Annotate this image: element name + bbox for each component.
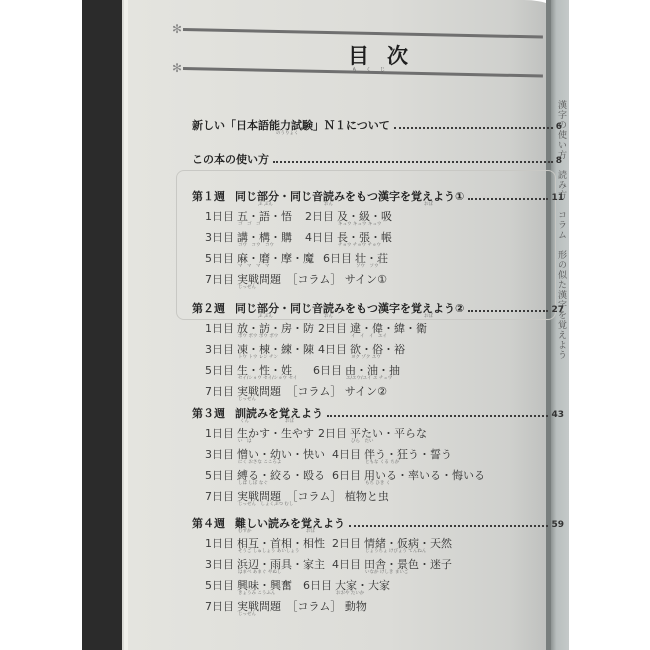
- furigana: おぼ: [424, 313, 433, 319]
- page-number: 8: [556, 156, 562, 166]
- page-number: 6: [556, 122, 562, 132]
- day-entry[interactable]: 2日目情緒・仮病・天然じょうちょ けびょう てんねん: [332, 535, 452, 551]
- day-entry[interactable]: 7日目実戦問題 ［コラム］ サイン②じっせん: [205, 383, 387, 399]
- page-title-ruby: もくじ: [352, 66, 394, 73]
- furigana: おぼ: [306, 528, 315, 534]
- day-entry[interactable]: 5日目縛る・絞る・殴るしば しぼ なぐ: [205, 467, 325, 483]
- day-entry[interactable]: 2日目違・偉・緯・衛イ イ イ エイ: [318, 320, 427, 336]
- leader-dots: [349, 525, 548, 527]
- toc-entry-how-to-use[interactable]: この本の使い方 8: [192, 151, 562, 167]
- furigana: ぶ ぶん: [258, 313, 273, 319]
- asterisk-icon: ✻: [172, 62, 182, 74]
- page-number: 27: [551, 305, 564, 315]
- page-number: 11: [551, 193, 564, 203]
- day-entry[interactable]: 7日目実戦問題 ［コラム］ 動物じっせん: [205, 598, 367, 614]
- next-page-text: 漢字の使い方 読み方 コラム 形の似た漢字を覚えよう: [556, 100, 568, 650]
- day-entry[interactable]: 6日目由・油・抽ユ/ユウ/ユイ ユ チュウ: [313, 362, 400, 378]
- day-entry[interactable]: 5日目麻・磨・摩・魔マ マ マ マ: [205, 250, 314, 266]
- day-entry[interactable]: 4日目欲・俗・裕ヨク ゾク ユウ: [318, 341, 405, 357]
- toc-week-1[interactable]: 第１週 同じ部分・同じ音読みをもつ漢字を覚えよう① 11: [192, 188, 564, 204]
- furigana: むずか: [238, 528, 252, 534]
- furigana: おぼ: [285, 418, 294, 424]
- furigana: くん: [240, 418, 249, 424]
- leader-dots: [468, 198, 548, 200]
- leader-dots: [394, 127, 553, 129]
- page-number: 59: [551, 520, 564, 530]
- week-number: 第４週: [192, 515, 225, 531]
- page-number: 43: [551, 410, 564, 420]
- week-number: 第２週: [192, 300, 225, 316]
- page-gutter: [124, 0, 128, 650]
- day-entry[interactable]: 1日目放・訪・房・防ボウ ボウ ボウ ボウ: [205, 320, 314, 336]
- day-entry[interactable]: 2日目平たい・平らなひら たい: [318, 425, 427, 441]
- furigana: のうりょく: [276, 130, 299, 136]
- day-entry[interactable]: 3日目憎い・幼い・快いにく おさな こころよ: [205, 446, 325, 462]
- day-entry[interactable]: 7日目実戦問題 ［コラム］ 植物と虫じっせん しょくぶつ むし: [205, 488, 389, 504]
- day-entry[interactable]: 1日目生かす・生やすい は: [205, 425, 314, 441]
- week-number: 第１週: [192, 188, 225, 204]
- day-entry[interactable]: 2日目及・級・吸キュウ キュウ キュウ: [305, 208, 392, 224]
- day-entry[interactable]: 3日目浜辺・雨具・家主はまべ あまぐ やぬし: [205, 556, 325, 572]
- day-entry[interactable]: 3日目凍・棟・練・陳トウ トウ レン チン: [205, 341, 314, 357]
- day-entry[interactable]: 6日目大家・大家おおや たいか: [303, 577, 390, 593]
- leader-dots: [468, 310, 548, 312]
- day-entry[interactable]: 4日目伴う・狂う・誓うともな くる ちか: [332, 446, 452, 462]
- furigana: おん: [324, 201, 333, 207]
- week-number: 第３週: [192, 405, 225, 421]
- toc-entry-label: この本の使い方: [192, 151, 269, 167]
- day-entry[interactable]: 6日目用いる・率いる・悔いるもち ひき く: [332, 467, 485, 483]
- day-entry[interactable]: 1日目相互・首相・相性そうご しゅしょう あいしょう: [205, 535, 325, 551]
- book-cover-edge: [82, 0, 124, 650]
- furigana: おぼ: [424, 201, 433, 207]
- day-entry[interactable]: 4日目田舎・景色・迷子いなか けしき まいご: [332, 556, 452, 572]
- day-entry[interactable]: 1日目五・語・悟ゴ ゴ ゴ: [205, 208, 292, 224]
- leader-dots: [327, 415, 548, 417]
- furigana: ぶ ぶん: [258, 201, 273, 207]
- toc-week-2[interactable]: 第２週 同じ部分・同じ音読みをもつ漢字を覚えよう② 27: [192, 300, 564, 316]
- day-entry[interactable]: 4日目長・張・帳チョウ チョウ チョウ: [305, 229, 392, 245]
- day-entry[interactable]: 5日目興味・興奮きょうみ こうふん: [205, 577, 292, 593]
- day-entry[interactable]: 3日目講・構・購コウ コウ コウ: [205, 229, 292, 245]
- toc-entry-intro[interactable]: 新しい「日本語能力試験」Ｎ１について 6: [192, 117, 562, 133]
- furigana: おん: [324, 313, 333, 319]
- day-entry[interactable]: 6日目壮・荘ソウ ソウ: [323, 250, 388, 266]
- day-entry[interactable]: 7日目実戦問題 ［コラム］ サイン①じっせん: [205, 271, 387, 287]
- leader-dots: [273, 161, 553, 163]
- day-entry[interactable]: 5日目生・性・姓セイ/ショウ セイ/ショウ セイ: [205, 362, 292, 378]
- asterisk-icon: ✻: [172, 23, 182, 35]
